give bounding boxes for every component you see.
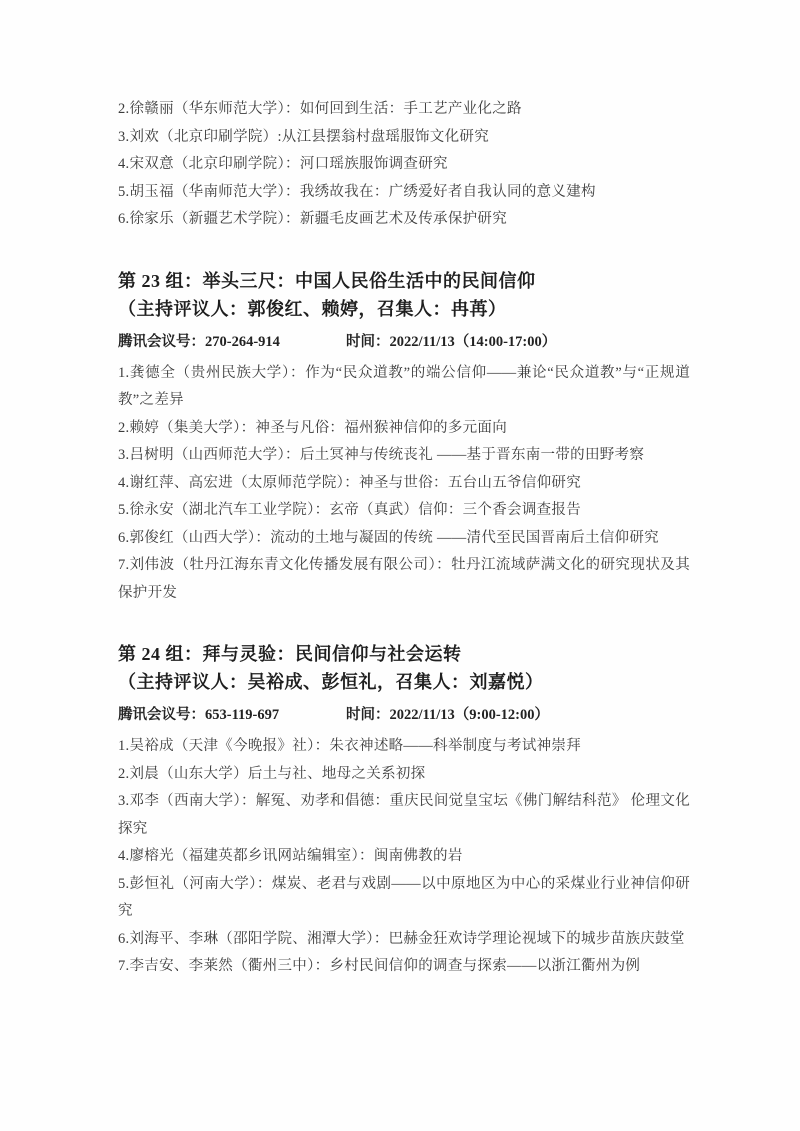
document-content: 2.徐赣丽（华东师范大学）：如何回到生活：手工艺产业化之路 3.刘欢（北京印刷学… [118,96,690,981]
session-time: 时间：2022/11/13（14:00-17:00） [346,328,556,356]
session-meeting-line: 腾讯会议号：270-264-914时间：2022/11/13（14:00-17:… [118,328,690,356]
session-item: 1.吴裕成（天津《今晚报》社）：朱衣神述略——科举制度与考试神崇拜 [118,733,690,761]
session-item: 4.宋双意（北京印刷学院）：河口瑶族服饰调查研究 [118,151,690,179]
session-meeting-line: 腾讯会议号：653-119-697时间：2022/11/13（9:00-12:0… [118,701,690,729]
session-item-list: 1.吴裕成（天津《今晚报》社）：朱衣神述略——科举制度与考试神崇拜 2.刘晨（山… [118,733,690,981]
session-item: 2.徐赣丽（华东师范大学）：如何回到生活：手工艺产业化之路 [118,96,690,124]
session-item: 5.徐永安（湖北汽车工业学院）：玄帝（真武）信仰：三个香会调查报告 [118,497,690,525]
session-24: 第 24 组：拜与灵验：民间信仰与社会运转 （主持评议人：吴裕成、彭恒礼，召集人… [118,640,690,981]
session-item: 4.谢红萍、高宏进（太原师范学院）：神圣与世俗：五台山五爷信仰研究 [118,470,690,498]
session-item: 5.胡玉福（华南师范大学）：我绣故我在：广绣爱好者自我认同的意义建构 [118,179,690,207]
session-23: 第 23 组：举头三尺：中国人民俗生活中的民间信仰 （主持评议人：郭俊红、赖婷，… [118,267,690,608]
session-item: 2.刘晨（山东大学）后土与社、地母之关系初探 [118,761,690,789]
session-item: 3.刘欢（北京印刷学院）:从江县摆翁村盘瑶服饰文化研究 [118,124,690,152]
session-time: 时间：2022/11/13（9:00-12:00） [346,701,549,729]
carryover-item-list: 2.徐赣丽（华东师范大学）：如何回到生活：手工艺产业化之路 3.刘欢（北京印刷学… [118,96,690,234]
session-item: 1.龚德全（贵州民族大学）：作为“民众道教”的端公信仰——兼论“民众道教”与“正… [118,360,690,415]
session-hosts: （主持评议人：吴裕成、彭恒礼，召集人：刘嘉悦） [118,668,690,696]
session-item-list: 1.龚德全（贵州民族大学）：作为“民众道教”的端公信仰——兼论“民众道教”与“正… [118,360,690,608]
session-item: 3.邓李（西南大学）：解冤、劝孝和倡德：重庆民间觉皇宝坛《佛门解结科范》 伦理文… [118,788,690,843]
session-item: 3.吕树明（山西师范大学）：后土冥神与传统丧礼 ——基于晋东南一带的田野考察 [118,442,690,470]
session-item: 4.廖榕光（福建英都乡讯网站编辑室）：闽南佛教的岩 [118,843,690,871]
session-hosts: （主持评议人：郭俊红、赖婷，召集人：冉苒） [118,295,690,323]
session-item: 6.郭俊红（山西大学）：流动的土地与凝固的传统 ——清代至民国晋南后土信仰研究 [118,525,690,553]
session-item: 6.徐家乐（新疆艺术学院）：新疆毛皮画艺术及传承保护研究 [118,206,690,234]
session-title: 第 24 组：拜与灵验：民间信仰与社会运转 [118,640,690,668]
meeting-id: 腾讯会议号：270-264-914 [118,328,346,356]
session-item: 5.彭恒礼（河南大学）：煤炭、老君与戏剧——以中原地区为中心的采煤业行业神信仰研… [118,871,690,926]
session-item: 6.刘海平、李琳（邵阳学院、湘潭大学）：巴赫金狂欢诗学理论视域下的城步苗族庆鼓堂 [118,926,690,954]
session-item: 7.刘伟波（牡丹江海东青文化传播发展有限公司）：牡丹江流域萨满文化的研究现状及其… [118,552,690,607]
session-item: 7.李吉安、李莱然（衢州三中）：乡村民间信仰的调查与探索——以浙江衢州为例 [118,953,690,981]
session-item: 2.赖婷（集美大学）：神圣与凡俗：福州猴神信仰的多元面向 [118,415,690,443]
session-title: 第 23 组：举头三尺：中国人民俗生活中的民间信仰 [118,267,690,295]
meeting-id: 腾讯会议号：653-119-697 [118,701,346,729]
document-page: 2.徐赣丽（华东师范大学）：如何回到生活：手工艺产业化之路 3.刘欢（北京印刷学… [0,0,800,1131]
